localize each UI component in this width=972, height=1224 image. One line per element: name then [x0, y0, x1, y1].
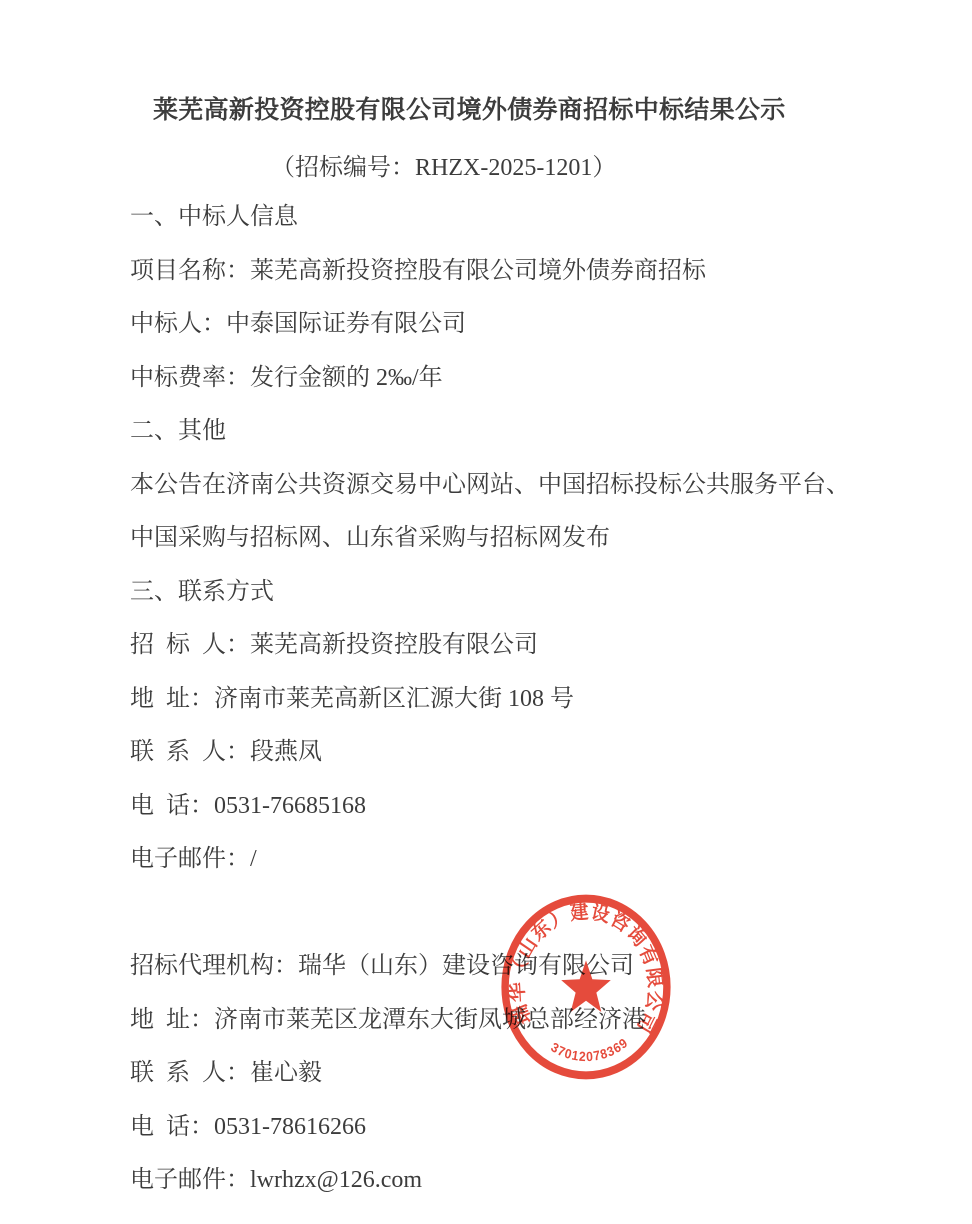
line-winner: 中标人：中泰国际证券有限公司: [130, 298, 910, 352]
line-tenderer: 招 标 人：莱芜高新投资控股有限公司: [130, 619, 910, 673]
line-agency: 招标代理机构：瑞华（山东）建设咨询有限公司: [130, 940, 910, 994]
line-agency-email: 电子邮件：lwrhzx@126.com: [130, 1154, 910, 1208]
line-publish-2: 中国采购与招标网、山东省采购与招标网发布: [130, 512, 910, 566]
section-3-heading: 三、联系方式: [130, 566, 910, 620]
line-agency-phone: 电 话：0531-78616266: [130, 1101, 910, 1155]
line-tenderer-email: 电子邮件：/: [130, 833, 910, 887]
document-body: 一、中标人信息 项目名称：莱芜高新投资控股有限公司境外债券商招标 中标人：中泰国…: [130, 191, 910, 1208]
line-project-name: 项目名称：莱芜高新投资控股有限公司境外债券商招标: [130, 245, 910, 299]
line-fee-rate: 中标费率：发行金额的 2‰/年: [130, 352, 910, 406]
line-agency-contact: 联 系 人：崔心毅: [130, 1047, 910, 1101]
section-2-heading: 二、其他: [130, 405, 910, 459]
blank-line: [130, 887, 910, 941]
section-1-heading: 一、中标人信息: [130, 191, 910, 245]
page-title: 莱芜高新投资控股有限公司境外债券商招标中标结果公示: [153, 90, 786, 126]
line-publish-1: 本公告在济南公共资源交易中心网站、中国招标投标公共服务平台、: [130, 459, 910, 513]
line-tenderer-phone: 电 话：0531-76685168: [130, 780, 910, 834]
line-tenderer-address: 地 址：济南市莱芜高新区汇源大街 108 号: [130, 673, 910, 727]
bid-number: （招标编号：RHZX-2025-1201）: [271, 147, 616, 182]
line-tenderer-contact: 联 系 人：段燕凤: [130, 726, 910, 780]
announcement-page: 莱芜高新投资控股有限公司境外债券商招标中标结果公示 （招标编号：RHZX-202…: [0, 0, 972, 1224]
line-agency-address: 地 址：济南市莱芜区龙潭东大街凤城总部经济港: [130, 994, 910, 1048]
